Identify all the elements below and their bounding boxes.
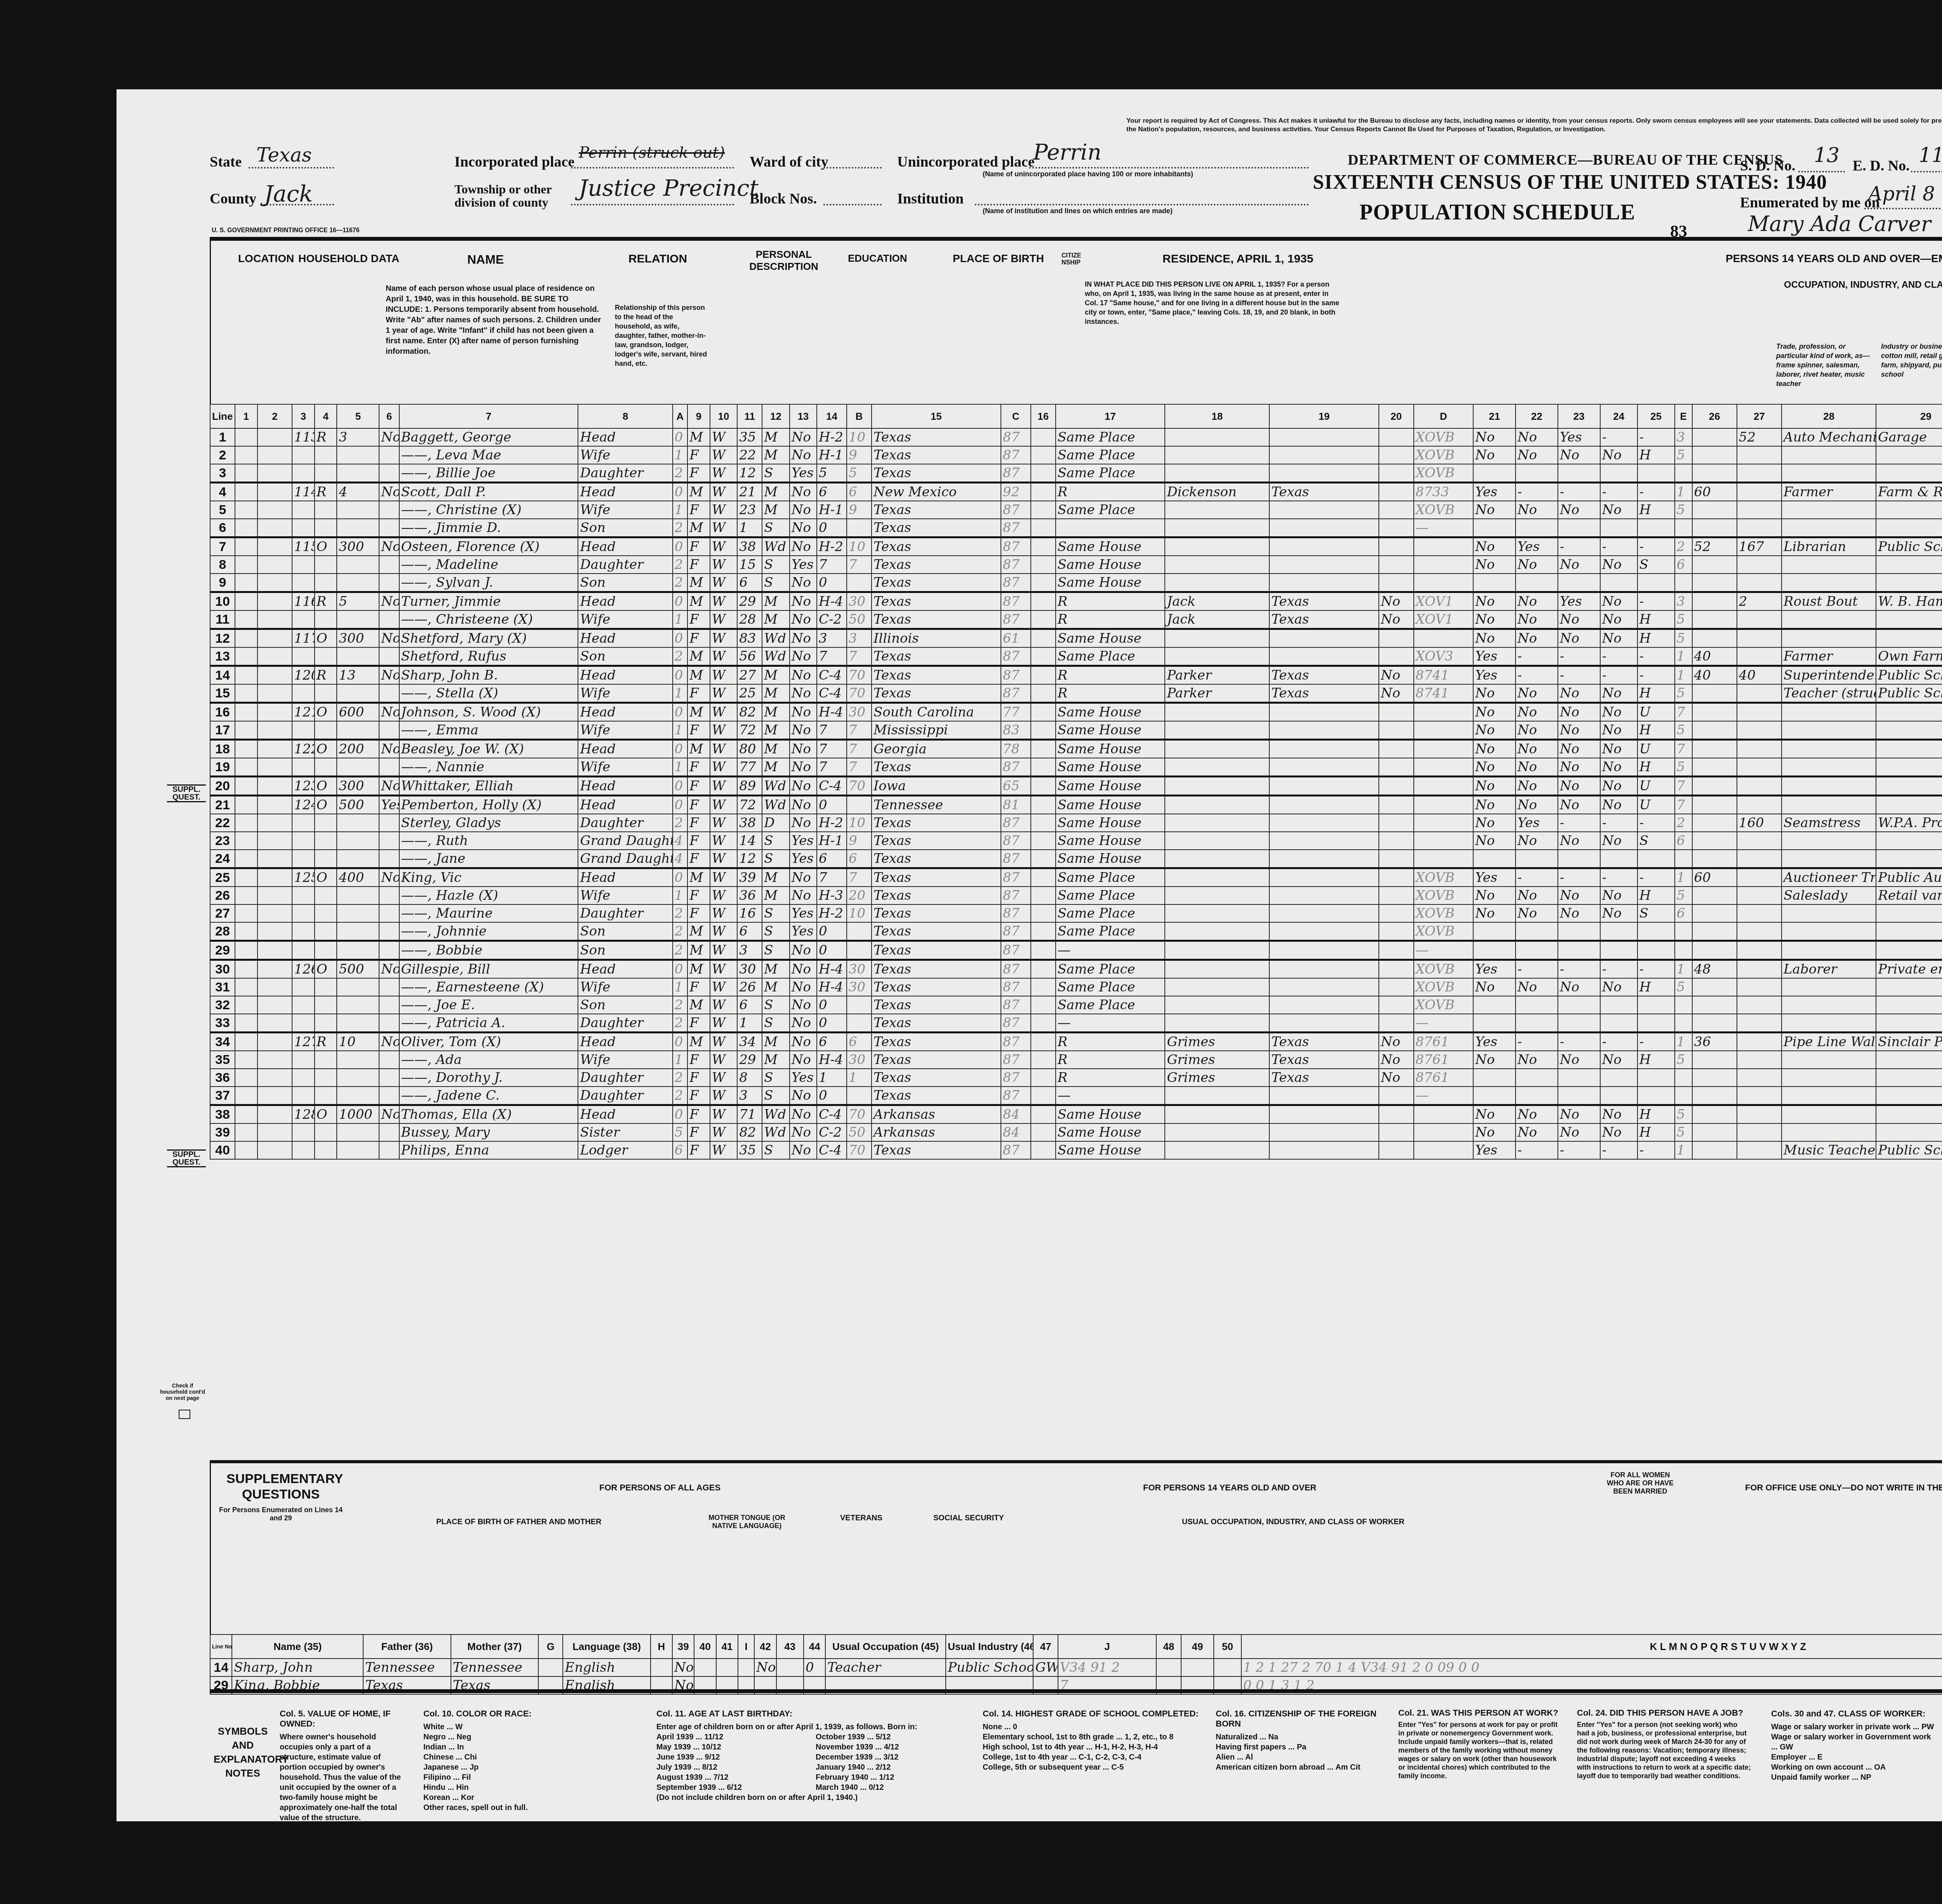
cell-birth: Arkansas — [872, 1123, 1001, 1141]
cell-c21: No — [1473, 758, 1516, 777]
cell-value — [337, 610, 379, 629]
cell-c25: S — [1637, 556, 1675, 574]
cell-birth: Texas — [872, 887, 1001, 904]
main-header: LOCATION HOUSEHOLD DATA NAME Name of eac… — [210, 241, 1942, 404]
cell-c23: - — [1558, 1033, 1600, 1051]
cell-c26 — [1692, 978, 1737, 996]
cell-occupation: Music Teacher — [1782, 1141, 1876, 1159]
note-item: Naturalized ... Na — [1216, 1732, 1379, 1742]
cell-c21: No — [1473, 556, 1516, 574]
cell-c: 87 — [1001, 1087, 1031, 1105]
cell-visit — [292, 814, 315, 832]
cell-tenure: O — [315, 796, 337, 814]
cell-b: 7 — [847, 758, 872, 777]
cell-c25: - — [1637, 592, 1675, 611]
cell-farm — [379, 832, 399, 850]
cell-cit — [1031, 740, 1056, 758]
cell-visit — [292, 556, 315, 574]
cell-res-city: R — [1056, 1033, 1165, 1051]
cell-res-state — [1269, 814, 1379, 832]
cell-school: No — [790, 501, 817, 519]
cell-street — [235, 666, 258, 685]
cell-c23: No — [1558, 887, 1600, 904]
cell-visit — [292, 574, 315, 592]
table-row: 4114/48R4NoScott, Dall P.Head0MW21MNo66N… — [210, 483, 1942, 501]
cell-age: 89 — [737, 777, 762, 796]
cell-c: 87 — [1001, 887, 1031, 904]
cell-school: No — [790, 519, 817, 537]
cell-age: 72 — [737, 721, 762, 740]
cell-birth: Texas — [872, 1051, 1001, 1069]
table-row: 11——, Christeene (X)Wife1FW28MNoC-250Tex… — [210, 610, 1942, 629]
cell-birth: Texas — [872, 814, 1001, 832]
cell-marital: M — [762, 592, 789, 611]
cell-b: 10 — [847, 814, 872, 832]
cell-age: 83 — [737, 629, 762, 648]
cell-c25: H — [1637, 978, 1675, 996]
cell-a: 0 — [673, 740, 687, 758]
cell-tenure — [315, 996, 337, 1014]
table-row: 23——, RuthGrand Daughter4FW14SYesH-19Tex… — [210, 832, 1942, 850]
cell-c24: - — [1600, 868, 1637, 887]
cell-c24: No — [1600, 610, 1637, 629]
cell-e — [1675, 996, 1692, 1014]
cell-house — [258, 1087, 292, 1105]
cell-street — [235, 703, 258, 722]
notes-title: SYMBOLS AND EXPLANATORY NOTES — [214, 1724, 272, 1780]
cell-c23: No — [1558, 1051, 1600, 1069]
cell-birth: South Carolina — [872, 703, 1001, 722]
cell-c26 — [1692, 796, 1737, 814]
cell-house — [258, 978, 292, 996]
cell-c22: No — [1516, 610, 1558, 629]
cell-res-city: Same House — [1056, 777, 1165, 796]
cell-c22: No — [1516, 556, 1558, 574]
cell-farm: No — [379, 592, 399, 611]
cell-cit — [1031, 592, 1056, 611]
cell-a: 1 — [673, 887, 687, 904]
line-number: 33 — [210, 1014, 235, 1033]
cell-c26 — [1692, 464, 1737, 483]
cell-house — [258, 446, 292, 464]
cell-res-city: Same House — [1056, 537, 1165, 556]
line-number: 16 — [210, 703, 235, 722]
cell-name: Osteen, Florence (X) — [399, 537, 578, 556]
cell-industry: Public School — [1876, 666, 1942, 685]
cell-b: 30 — [847, 1051, 872, 1069]
cell-res-city: Same Place — [1056, 978, 1165, 996]
cell-res-farm — [1379, 850, 1414, 868]
cell-d: XOVB — [1414, 904, 1474, 922]
cell-b: 7 — [847, 556, 872, 574]
cell-tenure — [315, 574, 337, 592]
cell-farm: No — [379, 703, 399, 722]
cell-res-city: R — [1056, 610, 1165, 629]
cell-visit — [292, 1051, 315, 1069]
line-number: 7 — [210, 537, 235, 556]
cell-marital: Wd — [762, 796, 789, 814]
cell-marital: Wd — [762, 1123, 789, 1141]
cell-c26 — [1692, 922, 1737, 941]
table-row: 10116/50R5NoTurner, JimmieHead0MW29MNoH-… — [210, 592, 1942, 611]
cell-c: 87 — [1001, 556, 1031, 574]
cell-tenure — [315, 1069, 337, 1087]
ward-label: Ward of city — [750, 153, 828, 170]
cell-res-county — [1165, 796, 1269, 814]
cell-c25: - — [1637, 483, 1675, 501]
cell-c25: H — [1637, 887, 1675, 904]
note-item: Negro ... Neg — [423, 1732, 641, 1742]
cell-a: 2 — [673, 996, 687, 1014]
note-item: May 1939 ... 10/12 — [656, 1742, 808, 1752]
county-label: County — [210, 190, 256, 207]
cell-c26 — [1692, 592, 1737, 611]
cell-res-county — [1165, 428, 1269, 446]
cell-school: Yes — [790, 832, 817, 850]
cell-c26 — [1692, 850, 1737, 868]
line-number: 3 — [210, 464, 235, 483]
cell-cit — [1031, 684, 1056, 703]
cell-house — [258, 1123, 292, 1141]
cell-c23: No — [1558, 446, 1600, 464]
cell-res-county — [1165, 501, 1269, 519]
note-item: September 1939 ... 6/12 — [656, 1782, 808, 1793]
cell-e: 2 — [1675, 537, 1692, 556]
cell-occupation: Roust Bout — [1782, 592, 1876, 611]
note-item: October 1939 ... 5/12 — [816, 1732, 967, 1742]
cell-c26 — [1692, 610, 1737, 629]
cell-a: 4 — [673, 850, 687, 868]
cell-birth: Texas — [872, 832, 1001, 850]
cell-marital: S — [762, 1069, 789, 1087]
cell-marital: M — [762, 1033, 789, 1051]
cell-occupation: Librarian — [1782, 537, 1876, 556]
cell-c26 — [1692, 1087, 1737, 1105]
cell-race: W — [710, 1087, 737, 1105]
cell-sex: F — [687, 777, 710, 796]
cell-res-farm: No — [1379, 610, 1414, 629]
cell-res-county — [1165, 850, 1269, 868]
cell-visit: 121/53 — [292, 703, 315, 722]
cell-res-county — [1165, 1141, 1269, 1159]
cell-c24: No — [1600, 684, 1637, 703]
cell-cit — [1031, 666, 1056, 685]
cell-tenure — [315, 904, 337, 922]
cell-cit — [1031, 1014, 1056, 1033]
cell-grade: H-4 — [817, 703, 847, 722]
cell-c23: No — [1558, 978, 1600, 996]
cell-school: No — [790, 868, 817, 887]
cell-relation: Wife — [578, 610, 672, 629]
cell-farm — [379, 610, 399, 629]
cell-res-city: Same House — [1056, 703, 1165, 722]
cell-c22: - — [1516, 1141, 1558, 1159]
cell-street — [235, 978, 258, 996]
cell-c22: No — [1516, 777, 1558, 796]
cell-name: ——, Dorothy J. — [399, 1069, 578, 1087]
cell-res-state — [1269, 740, 1379, 758]
line-number: 40 — [210, 1141, 235, 1159]
cell-cit — [1031, 446, 1056, 464]
cell-occupation — [1782, 629, 1876, 648]
cell-d — [1414, 850, 1474, 868]
cell-b — [847, 996, 872, 1014]
cell-relation: Daughter — [578, 1087, 672, 1105]
cell-res-state — [1269, 519, 1379, 537]
cell-race: W — [710, 703, 737, 722]
cell-res-county: Jack — [1165, 610, 1269, 629]
cell-d: XOVB — [1414, 887, 1474, 904]
cell-industry — [1876, 519, 1942, 537]
cell-c25 — [1637, 519, 1675, 537]
cell-c22: No — [1516, 446, 1558, 464]
cell-b: 9 — [847, 501, 872, 519]
cell-age: 38 — [737, 814, 762, 832]
cell-res-state — [1269, 996, 1379, 1014]
cell-industry: Public School (struck) — [1876, 684, 1942, 703]
institution-label: Institution — [897, 190, 964, 207]
cell-c25: H — [1637, 610, 1675, 629]
cell-grade: C-4 — [817, 1105, 847, 1124]
cell-res-farm — [1379, 758, 1414, 777]
cell-grade: H-4 — [817, 960, 847, 979]
supp-cell-c47: GW — [1033, 1659, 1058, 1676]
cell-marital: Wd — [762, 647, 789, 666]
cell-e: 3 — [1675, 428, 1692, 446]
cell-marital: M — [762, 501, 789, 519]
cell-c27: 160 — [1737, 814, 1782, 832]
cell-industry — [1876, 996, 1942, 1014]
supp-cell-language: English — [563, 1659, 650, 1676]
cell-c25: H — [1637, 684, 1675, 703]
cell-house — [258, 996, 292, 1014]
cell-farm: No — [379, 868, 399, 887]
cell-industry: Own Farm — [1876, 647, 1942, 666]
cell-house — [258, 1105, 292, 1124]
cell-c23: - — [1558, 647, 1600, 666]
cell-a: 0 — [673, 1033, 687, 1051]
cell-res-farm — [1379, 464, 1414, 483]
cell-res-city: Same House — [1056, 832, 1165, 850]
table-row: 8——, MadelineDaughter2FW15SYes77Texas87S… — [210, 556, 1942, 574]
cell-name: ——, Leva Mae — [399, 446, 578, 464]
cell-sex: F — [687, 684, 710, 703]
cell-c23: No — [1558, 796, 1600, 814]
cell-relation: Head — [578, 629, 672, 648]
cell-res-city: — — [1056, 941, 1165, 960]
supp-cell-name: Sharp, John — [232, 1659, 363, 1676]
cell-sex: M — [687, 996, 710, 1014]
cell-birth: Texas — [872, 592, 1001, 611]
cell-cit — [1031, 922, 1056, 941]
cell-school: No — [790, 629, 817, 648]
cell-marital: M — [762, 1051, 789, 1069]
cell-res-farm — [1379, 796, 1414, 814]
cell-res-farm — [1379, 814, 1414, 832]
line-number: 37 — [210, 1087, 235, 1105]
cell-value — [337, 922, 379, 941]
cell-relation: Head — [578, 666, 672, 685]
cell-c: 81 — [1001, 796, 1031, 814]
cell-school: No — [790, 1123, 817, 1141]
cell-res-county: Grimes — [1165, 1033, 1269, 1051]
cell-cit — [1031, 777, 1056, 796]
cell-occupation — [1782, 1014, 1876, 1033]
cell-c21: Yes — [1473, 647, 1516, 666]
cell-c21 — [1473, 574, 1516, 592]
cell-c22 — [1516, 922, 1558, 941]
cell-e: 5 — [1675, 684, 1692, 703]
cell-relation: Daughter — [578, 464, 672, 483]
cell-name: ——, Emma — [399, 721, 578, 740]
cell-sex: F — [687, 1069, 710, 1087]
cell-race: W — [710, 647, 737, 666]
cell-sex: F — [687, 721, 710, 740]
cell-visit — [292, 1069, 315, 1087]
cell-age: 39 — [737, 868, 762, 887]
cell-farm — [379, 1087, 399, 1105]
cell-farm — [379, 519, 399, 537]
cell-res-farm — [1379, 996, 1414, 1014]
cell-relation: Grand Daughter — [578, 832, 672, 850]
cell-res-state — [1269, 1014, 1379, 1033]
cell-industry: W.P.A. Project — [1876, 814, 1942, 832]
cell-c22 — [1516, 1069, 1558, 1087]
note-item: April 1939 ... 11/12 — [656, 1732, 808, 1742]
cell-street — [235, 814, 258, 832]
cell-farm: No — [379, 537, 399, 556]
cell-c24: No — [1600, 1051, 1637, 1069]
cell-tenure: O — [315, 777, 337, 796]
cell-name: Shetford, Mary (X) — [399, 629, 578, 648]
cell-c25: H — [1637, 758, 1675, 777]
cell-marital: S — [762, 832, 789, 850]
cell-birth: Tennessee — [872, 796, 1001, 814]
cell-age: 34 — [737, 1033, 762, 1051]
cell-name: ——, Johnnie — [399, 922, 578, 941]
cell-birth: Texas — [872, 610, 1001, 629]
cell-school: No — [790, 592, 817, 611]
cell-c25: H — [1637, 1123, 1675, 1141]
cell-e — [1675, 1014, 1692, 1033]
cell-marital: M — [762, 428, 789, 446]
cell-c21: No — [1473, 684, 1516, 703]
cell-visit: 128/60 — [292, 1105, 315, 1124]
cell-value: 5 — [337, 592, 379, 611]
cell-res-county — [1165, 887, 1269, 904]
cell-c24 — [1600, 1014, 1637, 1033]
cell-birth: Texas — [872, 519, 1001, 537]
cell-c22: No — [1516, 832, 1558, 850]
cell-d — [1414, 537, 1474, 556]
cell-tenure — [315, 610, 337, 629]
cell-res-state — [1269, 922, 1379, 941]
cell-res-farm — [1379, 501, 1414, 519]
cell-c24: No — [1600, 887, 1637, 904]
cell-c22 — [1516, 464, 1558, 483]
cell-c26 — [1692, 1014, 1737, 1033]
cell-d: 8761 — [1414, 1051, 1474, 1069]
cell-grade: 0 — [817, 796, 847, 814]
cell-house — [258, 832, 292, 850]
supp-cell-c42: No — [754, 1659, 776, 1676]
cell-grade: 5 — [817, 464, 847, 483]
line-number: 25 — [210, 868, 235, 887]
cell-res-state — [1269, 832, 1379, 850]
table-row: 30126/58O500NoGillespie, BillHead0MW30MN… — [210, 960, 1942, 979]
cell-tenure — [315, 814, 337, 832]
cell-c23 — [1558, 1087, 1600, 1105]
cell-tenure — [315, 850, 337, 868]
cell-c27 — [1737, 832, 1782, 850]
cell-b: 30 — [847, 978, 872, 996]
cell-c22: No — [1516, 887, 1558, 904]
cell-e: 5 — [1675, 978, 1692, 996]
cell-c23: Yes — [1558, 428, 1600, 446]
cell-street — [235, 556, 258, 574]
ed-label: E. D. No. — [1853, 157, 1910, 174]
cell-e: 7 — [1675, 777, 1692, 796]
cell-c: 87 — [1001, 1051, 1031, 1069]
cell-birth: Texas — [872, 1069, 1001, 1087]
cell-occupation: Farmer — [1782, 647, 1876, 666]
cell-c25: U — [1637, 777, 1675, 796]
cell-c26: 48 — [1692, 960, 1737, 979]
table-row: 33——, Patricia A.Daughter2FW1SNo0Texas87… — [210, 1014, 1942, 1033]
cell-house — [258, 814, 292, 832]
cell-name: Beasley, Joe W. (X) — [399, 740, 578, 758]
mother-tongue-label: MOTHER TONGUE (OR NATIVE LANGUAGE) — [708, 1514, 786, 1530]
cell-visit — [292, 464, 315, 483]
cell-res-farm — [1379, 777, 1414, 796]
cell-occupation — [1782, 978, 1876, 996]
cell-c21: No — [1473, 610, 1516, 629]
continued-checkbox[interactable] — [179, 1410, 190, 1419]
cell-race: W — [710, 978, 737, 996]
cell-c21: No — [1473, 1105, 1516, 1124]
cell-c25: - — [1637, 814, 1675, 832]
line-number: 1 — [210, 428, 235, 446]
cell-grade: 7 — [817, 740, 847, 758]
cell-b: 5 — [847, 464, 872, 483]
cell-res-city: Same House — [1056, 1105, 1165, 1124]
note-item: Other races, spell out in full. — [423, 1803, 641, 1813]
cell-d: XOV3 — [1414, 647, 1474, 666]
cell-cit — [1031, 978, 1056, 996]
line-number: 2 — [210, 446, 235, 464]
cell-name: Scott, Dall P. — [399, 483, 578, 501]
cell-c24: - — [1600, 428, 1637, 446]
cell-c24: No — [1600, 777, 1637, 796]
note-item: Having first papers ... Pa — [1216, 1742, 1379, 1752]
cell-c25: U — [1637, 703, 1675, 722]
cell-occupation — [1782, 740, 1876, 758]
table-row: 6——, Jimmie D.Son2MW1SNo0Texas87—6 — [210, 519, 1942, 537]
cell-marital: S — [762, 1014, 789, 1033]
cell-c: 87 — [1001, 868, 1031, 887]
line-number: 35 — [210, 1051, 235, 1069]
cell-race: W — [710, 832, 737, 850]
cell-res-state: Texas — [1269, 684, 1379, 703]
cell-marital: M — [762, 610, 789, 629]
cell-b: 7 — [847, 868, 872, 887]
cell-house — [258, 740, 292, 758]
cell-cit — [1031, 904, 1056, 922]
cell-c27 — [1737, 887, 1782, 904]
note-item: Alien ... Al — [1216, 1752, 1379, 1762]
cell-sex: F — [687, 464, 710, 483]
cell-b: 6 — [847, 483, 872, 501]
